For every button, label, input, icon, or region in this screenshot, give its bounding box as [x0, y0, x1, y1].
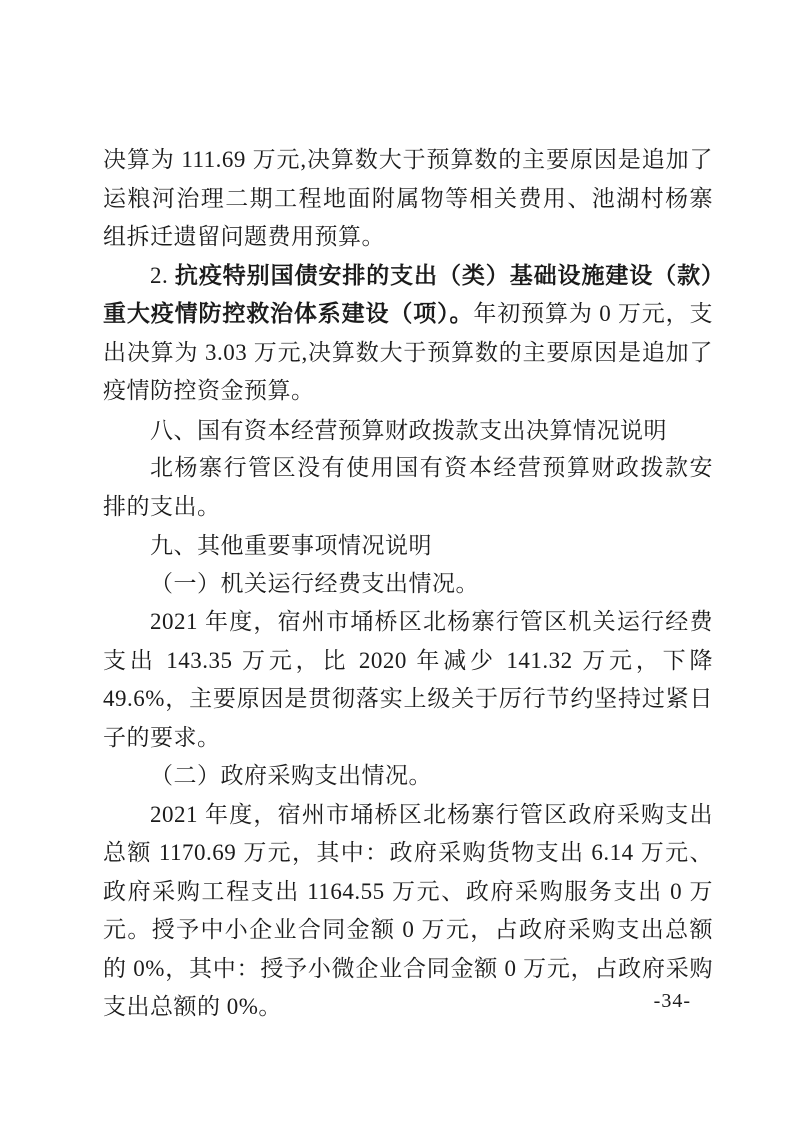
paragraph-item-2: 2. 抗疫特别国债安排的支出（类）基础设施建设（款）重大疫情防控救治体系建设（项…: [103, 257, 713, 411]
paragraph-state-capital: 北杨寨行管区没有使用国有资本经营预算财政拨款安排的支出。: [103, 449, 713, 526]
heading-section-8: 八、国有资本经营预算财政拨款支出决算情况说明: [103, 411, 713, 450]
document-body: 决算为 111.69 万元,决算数大于预算数的主要原因是追加了运粮河治理二期工程…: [103, 141, 713, 1027]
heading-section-9: 九、其他重要事项情况说明: [103, 526, 713, 565]
document-page: 决算为 111.69 万元,决算数大于预算数的主要原因是追加了运粮河治理二期工程…: [0, 0, 793, 1122]
paragraph-agency-operating-cost: 2021 年度，宿州市埇桥区北杨寨行管区机关运行经费支出 143.35 万元，比…: [103, 603, 713, 757]
page-number: -34-: [654, 990, 691, 1012]
item-2-marker: 2.: [150, 263, 175, 288]
heading-subsection-2: （二）政府采购支出情况。: [103, 757, 713, 796]
heading-subsection-1: （一）机关运行经费支出情况。: [103, 565, 713, 604]
paragraph-government-procurement: 2021 年度，宿州市埇桥区北杨寨行管区政府采购支出总额 1170.69 万元，…: [103, 796, 713, 1027]
paragraph-carryover: 决算为 111.69 万元,决算数大于预算数的主要原因是追加了运粮河治理二期工程…: [103, 141, 713, 257]
